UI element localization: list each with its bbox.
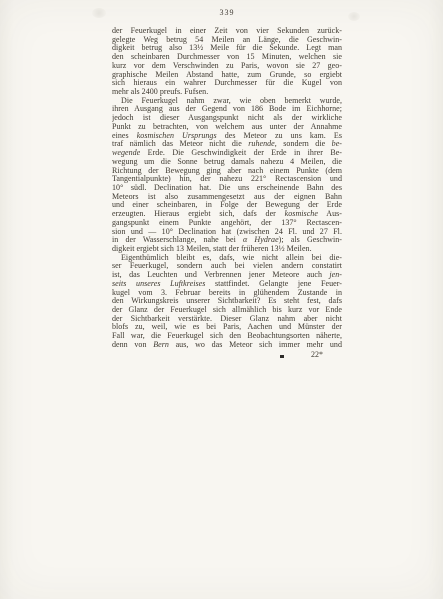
- text-line: blofs zu, weil, wie es bei Paris, Aachen…: [112, 323, 342, 332]
- text-segment: aus, wo das Meteor sich immer mehr und: [169, 341, 342, 349]
- text-line: eines kosmischen Ursprungs des Meteor zu…: [112, 132, 342, 141]
- text-line: wegende Erde. Die Geschwindigkeit der Er…: [112, 149, 342, 158]
- text-line: traf nämlich das Meteor nicht die ruhend…: [112, 140, 342, 149]
- text-line: der Sichtbarkeit verstärkte. Dieser Glan…: [112, 315, 342, 324]
- text-segment: ihren Ausgang aus der Gegend von 186 Bod…: [112, 105, 342, 113]
- text-line: Eigenthümlich bleibt es, dafs, wie nicht…: [112, 254, 342, 263]
- text-line: Tangentialpunkte) hin, der nahezu 221° R…: [112, 175, 342, 184]
- text-line: und einer scheinbaren, in Folge der Bewe…: [112, 201, 342, 210]
- text-line: graphische Meilen Abstand hatte, zum Gru…: [112, 71, 342, 80]
- text-line: den scheinbaren Durchmesser von 15 Minut…: [112, 53, 342, 62]
- text-segment: sion und — 10° Declination hat (zwischen…: [112, 228, 342, 236]
- text-segment: , sondern die: [275, 140, 332, 148]
- text-line: seits unseres Luftkreises stattfindet. G…: [112, 280, 342, 289]
- text-segment: eines: [112, 132, 137, 140]
- text-line: sion und — 10° Declination hat (zwischen…: [112, 228, 342, 237]
- italic-text-segment: Bern: [153, 341, 169, 349]
- text-segment: ist, das Leuchten und Verbrennen jener M…: [112, 271, 329, 279]
- text-segment: 10° südl. Declination hat. Die uns ersch…: [112, 184, 342, 192]
- paragraph: Die Feuerkugel nahm zwar, wie oben bemer…: [112, 97, 342, 254]
- text-line: Meteors ist also zusammengesetzt aus der…: [112, 193, 342, 202]
- text-segment: sich hieraus ein wahrer Durchmesser für …: [112, 79, 342, 87]
- paragraph: Eigenthümlich bleibt es, dafs, wie nicht…: [112, 254, 342, 350]
- text-line: wegung um die Sonne betrug damals nahezu…: [112, 158, 342, 167]
- text-segment: digkeit betrug also 13½ Meile für die Se…: [112, 44, 342, 52]
- text-block: der Feuerkugel in einer Zeit von vier Se…: [112, 27, 342, 350]
- text-line: mehr als 2400 preufs. Fufsen.: [112, 88, 342, 97]
- text-line: den Wirkungskreis unserer Sichtbarkeit? …: [112, 297, 342, 306]
- text-segment: kugel vom 3. Februar bereits in glühende…: [112, 289, 342, 297]
- text-line: gangspunkt einem Punkte angehört, der 13…: [112, 219, 342, 228]
- text-line: kurz vor dem Verschwinden zu Paris, wovo…: [112, 62, 342, 71]
- text-line: denn von Bern aus, wo das Meteor sich im…: [112, 341, 342, 350]
- text-segment: Richtung der Bewegung ging aber nach ein…: [112, 167, 342, 175]
- scanned-book-page: 339 der Feuerkugel in einer Zeit von vie…: [0, 0, 443, 599]
- text-segment: in der Wasserschlange, nahe bei: [112, 236, 243, 244]
- scan-artifact: [92, 8, 106, 18]
- text-segment: stattfindet. Gelangte jene Feuer-: [205, 280, 342, 288]
- text-line: der Feuerkugel in einer Zeit von vier Se…: [112, 27, 342, 36]
- text-segment: graphische Meilen Abstand hatte, zum Gru…: [112, 71, 342, 79]
- text-segment: des Meteor zu uns kam. Es: [217, 132, 342, 140]
- text-segment: den scheinbaren Durchmesser von 15 Minut…: [112, 53, 342, 61]
- scan-artifact: [280, 355, 284, 358]
- text-segment: traf nämlich das Meteor nicht die: [112, 140, 248, 148]
- text-line: digkeit betrug also 13½ Meile für die Se…: [112, 44, 342, 53]
- text-segment: den Wirkungskreis unserer Sichtbarkeit? …: [112, 297, 342, 305]
- text-segment: Eigenthümlich bleibt es, dafs, wie nicht…: [121, 254, 342, 262]
- text-segment: Tangentialpunkte) hin, der nahezu 221° R…: [112, 175, 342, 183]
- text-segment: ser Feuerkugel, sondern auch bei vielen …: [112, 262, 342, 270]
- text-segment: Fall war, die Feuerkugel sich den Beobac…: [112, 332, 342, 340]
- text-segment: der Glanz der Feuerkugel sich allmählich…: [112, 306, 342, 314]
- text-segment: digkeit ergiebt sich 13 Meilen, statt de…: [112, 245, 312, 253]
- italic-text-segment: kosmischen Ursprungs: [137, 132, 217, 140]
- text-line: ser Feuerkugel, sondern auch bei vielen …: [112, 262, 342, 271]
- italic-text-segment: be-: [332, 140, 342, 148]
- text-line: gelegte Weg betrug 54 Meilen an Länge, d…: [112, 36, 342, 45]
- text-segment: gangspunkt einem Punkte angehört, der 13…: [112, 219, 342, 227]
- text-segment: jedoch ist dieser Ausgangspunkt nicht al…: [112, 114, 342, 122]
- text-segment: kurz vor dem Verschwinden zu Paris, wovo…: [112, 62, 342, 70]
- italic-text-segment: kosmische: [285, 210, 318, 218]
- text-segment: blofs zu, weil, wie es bei Paris, Aachen…: [112, 323, 342, 331]
- text-segment: ); als Geschwin-: [279, 236, 342, 244]
- text-line: jedoch ist dieser Ausgangspunkt nicht al…: [112, 114, 342, 123]
- page-number: 339: [112, 8, 342, 17]
- text-line: in der Wasserschlange, nahe bei α Hydrae…: [112, 236, 342, 245]
- text-segment: denn von: [112, 341, 153, 349]
- text-segment: der Feuerkugel in einer Zeit von vier Se…: [112, 27, 342, 35]
- text-segment: mehr als 2400 preufs. Fufsen.: [112, 88, 208, 96]
- italic-text-segment: wegende: [112, 149, 140, 157]
- scan-artifact: [348, 12, 360, 21]
- text-segment: und einer scheinbaren, in Folge der Bewe…: [112, 201, 342, 209]
- text-line: erzeugten. Hieraus ergiebt sich, dafs de…: [112, 210, 342, 219]
- text-segment: wegung um die Sonne betrug damals nahezu…: [112, 158, 342, 166]
- italic-text-segment: ruhende: [248, 140, 275, 148]
- text-segment: der Sichtbarkeit verstärkte. Dieser Glan…: [112, 315, 342, 323]
- italic-text-segment: seits unseres Luftkreises: [112, 280, 205, 288]
- text-line: Fall war, die Feuerkugel sich den Beobac…: [112, 332, 342, 341]
- text-segment: gelegte Weg betrug 54 Meilen an Länge, d…: [112, 36, 342, 44]
- italic-text-segment: α Hydrae: [243, 236, 279, 244]
- text-line: ihren Ausgang aus der Gegend von 186 Bod…: [112, 105, 342, 114]
- text-line: 10° südl. Declination hat. Die uns ersch…: [112, 184, 342, 193]
- text-segment: Aus-: [318, 210, 342, 218]
- text-segment: Erde. Die Geschwindigkeit der Erde in ih…: [140, 149, 342, 157]
- text-line: digkeit ergiebt sich 13 Meilen, statt de…: [112, 245, 342, 254]
- text-segment: Die Feuerkugel nahm zwar, wie oben bemer…: [121, 97, 342, 105]
- text-segment: erzeugten. Hieraus ergiebt sich, dafs de…: [112, 210, 285, 218]
- text-line: ist, das Leuchten und Verbrennen jener M…: [112, 271, 342, 280]
- text-line: kugel vom 3. Februar bereits in glühende…: [112, 289, 342, 298]
- italic-text-segment: jen-: [329, 271, 342, 279]
- text-line: Richtung der Bewegung ging aber nach ein…: [112, 167, 342, 176]
- text-line: Punkt zu betrachten, von welchem aus unt…: [112, 123, 342, 132]
- text-segment: Meteors ist also zusammengesetzt aus der…: [112, 193, 342, 201]
- signature-mark: 22*: [112, 350, 323, 359]
- text-line: Die Feuerkugel nahm zwar, wie oben bemer…: [112, 97, 342, 106]
- text-segment: Punkt zu betrachten, von welchem aus unt…: [112, 123, 342, 131]
- text-line: der Glanz der Feuerkugel sich allmählich…: [112, 306, 342, 315]
- paragraph: der Feuerkugel in einer Zeit von vier Se…: [112, 27, 342, 97]
- text-line: sich hieraus ein wahrer Durchmesser für …: [112, 79, 342, 88]
